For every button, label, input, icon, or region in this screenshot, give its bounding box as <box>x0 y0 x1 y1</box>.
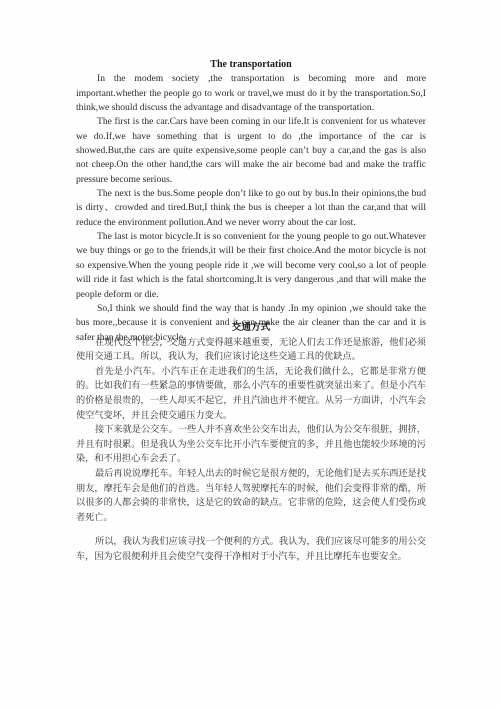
chinese-essay: 交通方式 在现代这个社会，交通方式变得越来越重要，无论人们去工作还是旅游，他们必… <box>76 321 426 565</box>
chinese-paragraph-conclusion: 所以，我认为我们应该寻找一个便利的方式。我认为，我们应该尽可能多的用公交车，因为… <box>76 535 426 564</box>
document-page: The transportation In the modem society … <box>0 0 500 708</box>
chinese-paragraph-motor-bicycle: 最后再说说摩托车。年轻人出去的时候它是很方便的，无论他们是去买东西还是找朋友，摩… <box>76 467 426 525</box>
english-paragraph-car: The first is the car.Cars have been comi… <box>76 115 426 187</box>
english-essay: The transportation In the modem society … <box>76 58 426 345</box>
chinese-paragraph-bus: 接下来就是公交车。一些人并不喜欢坐公交车出去，他们认为公交车很脏，拥挤，并且有时… <box>76 423 426 467</box>
chinese-paragraph-car: 首先是小汽车。小汽车正在走进我们的生活，无论我们做什么，它都是非常方便的。比如我… <box>76 365 426 423</box>
english-paragraph-intro: In the modem society ,the transportation… <box>76 72 426 115</box>
english-paragraph-motor-bicycle: The last is motor bicycle.It is so conve… <box>76 230 426 302</box>
chinese-title: 交通方式 <box>76 321 426 336</box>
english-paragraph-bus: The next is the bus.Some people don’t li… <box>76 187 426 230</box>
english-title: The transportation <box>76 58 426 72</box>
chinese-paragraph-intro: 在现代这个社会，交通方式变得越来越重要，无论人们去工作还是旅游，他们必须使用交通… <box>76 336 426 365</box>
